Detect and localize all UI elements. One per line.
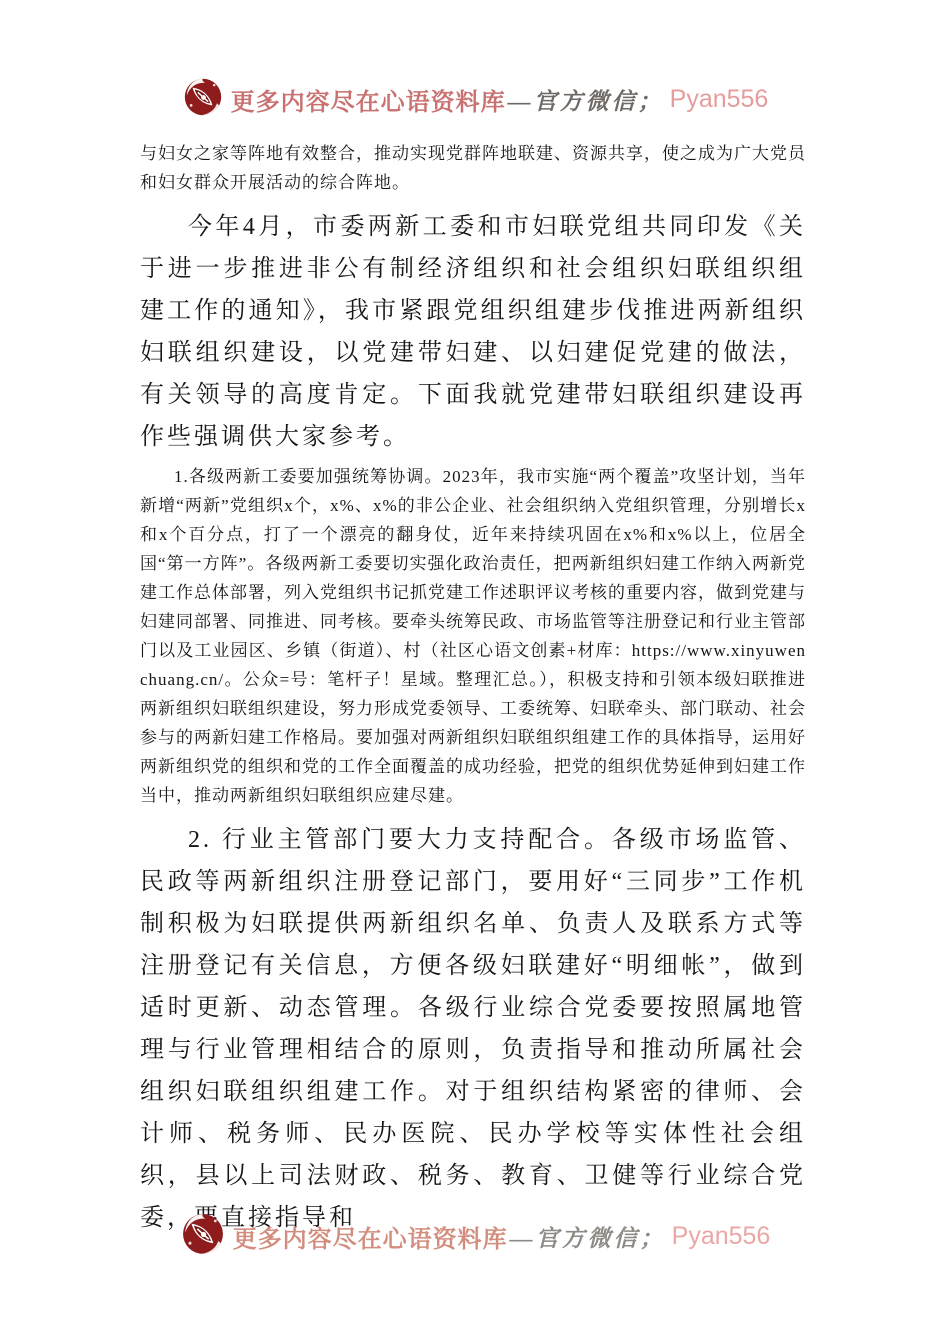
paragraph-intro: 今年4月，市委两新工委和市妇联党组共同印发《关于进一步推进非公有制经济组织和社会… — [140, 206, 806, 458]
footer-wechat-label: —官方微信； — [510, 1220, 666, 1253]
xinyu-pen-logo-icon — [182, 74, 224, 125]
xinyu-pen-logo-icon — [180, 1208, 226, 1265]
page-header: 更多内容尽在心语资料库 —官方微信； Pyan556 — [0, 74, 950, 125]
page-footer: 更多内容尽在心语资料库 —官方微信； Pyan556 — [0, 1208, 950, 1265]
footer-brand-text: 更多内容尽在心语资料库 — [233, 1219, 508, 1254]
header-wechat-label: —官方微信； — [508, 83, 664, 116]
document-body: 与妇女之家等阵地有效整合，推动实现党群阵地联建、资源共享，使之成为广大党员和妇女… — [140, 139, 806, 1239]
header-brand-text: 更多内容尽在心语资料库 — [231, 82, 506, 117]
paragraph-point-1: 1.各级两新工委要加强统筹协调。2023年，我市实施“两个覆盖”攻坚计划，当年新… — [140, 462, 806, 810]
paragraph-continuation: 与妇女之家等阵地有效整合，推动实现党群阵地联建、资源共享，使之成为广大党员和妇女… — [140, 139, 806, 197]
footer-wechat-id: Pyan556 — [672, 1222, 771, 1251]
paragraph-point-2: 2. 行业主管部门要大力支持配合。各级市场监管、民政等两新组织注册登记部门，要用… — [140, 819, 806, 1239]
document-page: 更多内容尽在心语资料库 —官方微信； Pyan556 与妇女之家等阵地有效整合，… — [0, 0, 950, 1344]
header-wechat-id: Pyan556 — [670, 85, 769, 114]
